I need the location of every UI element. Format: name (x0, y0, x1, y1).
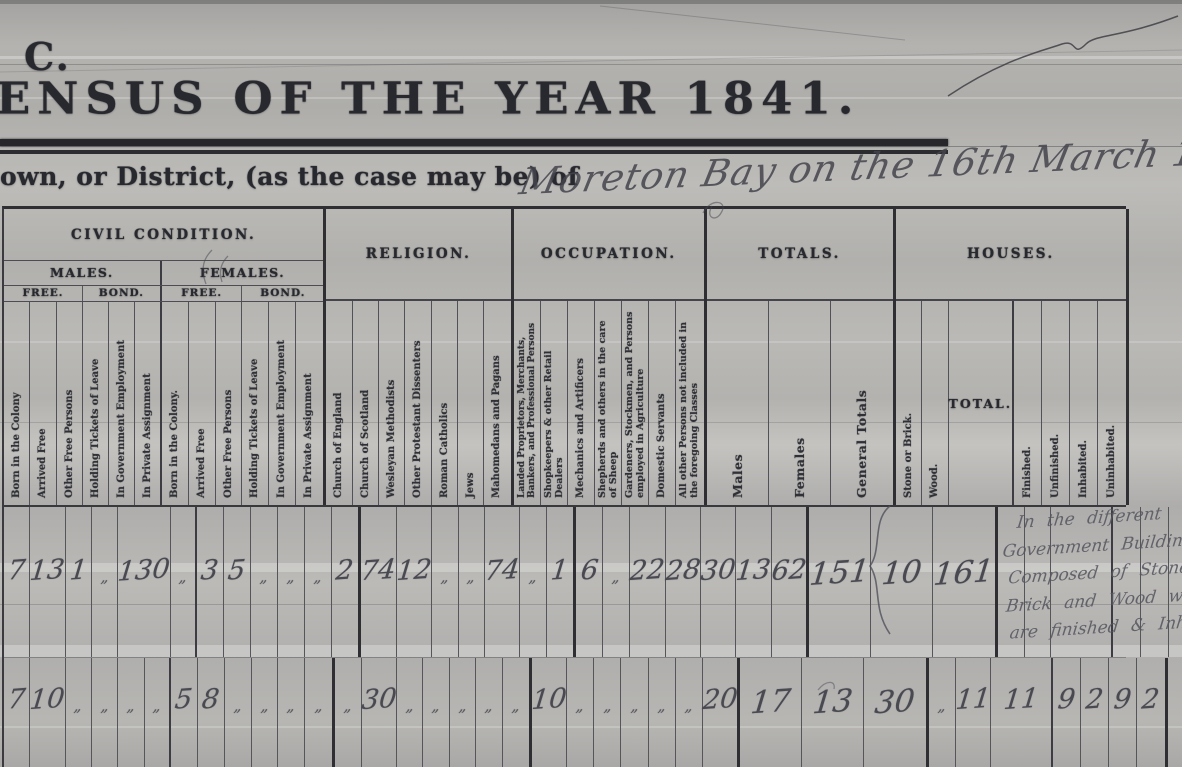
table-cell: „ (225, 658, 252, 767)
table-cell: „ (278, 658, 305, 767)
totals-title: TOTALS. (707, 209, 893, 301)
col-header-females-born-in-colony: Born in the Colony. (162, 302, 189, 505)
females-bond-header: BOND. (242, 286, 323, 301)
col-header-finished: Finished. (1014, 301, 1042, 505)
row2-houses-cells: „ 11 11 9 2 9 2 (929, 658, 1168, 767)
table-cell: „ (423, 658, 449, 767)
table-cell: 10 (871, 507, 933, 657)
row1-houses-cells: In the different Government Buildings Co… (998, 507, 1182, 657)
scan-streak (0, 64, 1182, 65)
col-header-females-other-free: Other Free Persons (216, 302, 243, 505)
table-cell: 22 (630, 507, 665, 657)
section-occupation: OCCUPATION. Landed Proprietors, Merchant… (514, 209, 707, 505)
handwritten-houses-note: In the different Government Buildings Co… (1000, 491, 1182, 648)
table-cell: 13 (736, 507, 771, 657)
form-line-label: own, or District, (as the case may be) o… (0, 162, 579, 191)
table-cell: 20 (703, 658, 737, 767)
table-cell: „ (476, 658, 502, 767)
table-cell: 74 (485, 507, 520, 657)
table-cell: 2 (332, 507, 359, 657)
col-header-total-males: Males (707, 301, 769, 505)
table-cell: „ (520, 507, 546, 657)
table-cell: 12 (397, 507, 432, 657)
table-cell: 7 (4, 658, 30, 767)
table-cell: 8 (198, 658, 225, 767)
scratch-line (0, 50, 1182, 72)
table-cell: „ (335, 658, 361, 767)
occupation-columns: Landed Proprietors, Merchants, Bankers, … (514, 301, 704, 505)
table-row: 7 13 1 „ 130 „ 3 5 „ „ „ 2 74 12 „ „ 74 … (4, 507, 1126, 658)
table-cell: 11 (991, 658, 1053, 767)
table-cell: 151 (809, 507, 871, 657)
col-header-jews: Jews (458, 301, 484, 505)
table-cell: 30 (362, 658, 397, 767)
col-header-mahomedans-pagans: Mahomedans and Pagans (484, 301, 510, 505)
civil-condition-columns: Born in the Colony Arrived Free Other Fr… (4, 302, 323, 505)
table-cell: 5 (224, 507, 251, 657)
males-females-band: MALES. FEMALES. (4, 261, 323, 286)
table-cell: „ (432, 507, 458, 657)
table-cell: „ (603, 507, 630, 657)
col-header-stone-or-brick: Stone or Brick. (896, 301, 923, 505)
occupation-title: OCCUPATION. (514, 209, 704, 301)
col-header-shopkeepers: Shopkeepers & other Retail Dealers (541, 301, 568, 505)
row1-religion-cells: 74 12 „ „ 74 „ 1 (361, 507, 576, 657)
table-cell: „ (118, 658, 144, 767)
col-header-males-private-assignment: In Private Assignment (135, 302, 161, 505)
col-header-shepherds: Shepherds and others in the care of Shee… (595, 301, 622, 505)
col-header-houses-total: TOTAL. (949, 301, 1015, 505)
scan-streak (0, 56, 1182, 59)
table-cell: 13 (30, 507, 65, 657)
table-cell: „ (305, 507, 332, 657)
col-header-females-tickets-of-leave: Holding Tickets of Leave (242, 302, 269, 505)
col-header-males-govt-employment: In Government Employment (109, 302, 135, 505)
table-cell: „ (305, 658, 332, 767)
col-header-church-of-scotland: Church of Scotland (353, 301, 379, 505)
col-header-males-tickets-of-leave: Holding Tickets of Leave (83, 302, 109, 505)
col-header-landed-proprietors: Landed Proprietors, Merchants, Bankers, … (514, 301, 541, 505)
col-header-general-totals: General Totals (831, 301, 893, 505)
table-cell: 9 (1109, 658, 1137, 767)
col-header-gardeners-stockmen: Gardeners, Stockmen, and Persons employe… (622, 301, 649, 505)
table-cell: 74 (361, 507, 396, 657)
table-cell: 62 (772, 507, 806, 657)
table-cell: „ (459, 507, 485, 657)
col-header-church-of-england: Church of England (326, 301, 352, 505)
table-cell: „ (278, 507, 305, 657)
table-cell: 17 (740, 658, 802, 767)
table-cell: 28 (666, 507, 701, 657)
table-cell: 10 (30, 658, 65, 767)
males-free-header: FREE. (4, 286, 83, 301)
table-cell: 11 (956, 658, 991, 767)
females-free-header: FREE. (162, 286, 243, 301)
table-cell: 2 (1137, 658, 1165, 767)
row2-religion-cells: „ 30 „ „ „ „ „ (335, 658, 532, 767)
totals-columns: Males Females General Totals (707, 301, 893, 505)
table-cell: „ (252, 658, 279, 767)
col-header-males-arrived-free: Arrived Free (30, 302, 56, 505)
row1-civil-cells: 7 13 1 „ 130 „ 3 5 „ „ „ 2 (4, 507, 361, 657)
table-cell: 130 (118, 507, 171, 657)
section-civil-condition: CIVIL CONDITION. MALES. FEMALES. FREE. B… (4, 209, 326, 505)
table-cell: „ (567, 658, 594, 767)
col-header-total-females: Females (769, 301, 831, 505)
page-title: ENSUS OF THE YEAR 1841. (0, 73, 860, 125)
table-cell: „ (450, 658, 476, 767)
section-religion: RELIGION. Church of England Church of Sc… (326, 209, 514, 505)
col-header-roman-catholics: Roman Catholics (432, 301, 458, 505)
section-totals: TOTALS. Males Females General Totals (707, 209, 896, 505)
row2-totals-cells: 17 13 30 (740, 658, 929, 767)
col-header-inhabited: Inhabited. (1070, 301, 1098, 505)
table-cell: 30 (864, 658, 926, 767)
col-header-wesleyan-methodists: Wesleyan Methodists (379, 301, 405, 505)
table-cell: „ (676, 658, 703, 767)
col-header-uninhabited: Uninhabited. (1098, 301, 1126, 505)
females-header: FEMALES. (162, 261, 323, 285)
section-houses: HOUSES. Stone or Brick. Wood. TOTAL. Fin… (896, 209, 1130, 505)
table-cell: 9 (1053, 658, 1081, 767)
houses-columns: Stone or Brick. Wood. TOTAL. Finished. U… (896, 301, 1127, 505)
table-cell: „ (66, 658, 92, 767)
table-cell: 161 (933, 507, 995, 657)
table-cell: „ (649, 658, 676, 767)
males-header: MALES. (4, 261, 162, 285)
table-header: CIVIL CONDITION. MALES. FEMALES. FREE. B… (4, 209, 1126, 507)
row1-totals-cells: 151 10 161 (809, 507, 998, 657)
table-cell: „ (251, 507, 278, 657)
col-header-wood: Wood. (922, 301, 949, 505)
table-cell: „ (92, 658, 118, 767)
table-cell: 1 (547, 507, 573, 657)
col-header-females-arrived-free: Arrived Free (189, 302, 216, 505)
free-bond-band: FREE. BOND. FREE. BOND. (4, 286, 323, 302)
table-cell: 5 (171, 658, 198, 767)
col-header-other-protestant-dissenters: Other Protestant Dissenters (405, 301, 431, 505)
table-cell: „ (145, 658, 171, 767)
col-header-mechanics-artificers: Mechanics and Artificers (568, 301, 595, 505)
col-header-males-other-free: Other Free Persons (57, 302, 83, 505)
table-cell: 6 (576, 507, 603, 657)
table-cell: 10 (532, 658, 567, 767)
table-cell: 7 (4, 507, 30, 657)
houses-title: HOUSES. (896, 209, 1127, 301)
table-cell: „ (92, 507, 118, 657)
scratch-line (600, 6, 905, 40)
religion-title: RELIGION. (326, 209, 511, 301)
table-cell: „ (171, 507, 197, 657)
col-header-unfinished: Unfinished. (1042, 301, 1070, 505)
col-header-females-private-assignment: In Private Assignment (296, 302, 323, 505)
row1-occupation-cells: 6 „ 22 28 30 13 62 (576, 507, 809, 657)
table-cell: 30 (701, 507, 736, 657)
table-cell: „ (397, 658, 423, 767)
table-cell: 3 (197, 507, 224, 657)
table-cell: „ (594, 658, 621, 767)
table-cell: „ (621, 658, 648, 767)
religion-columns: Church of England Church of Scotland Wes… (326, 301, 511, 505)
pen-flourish-icon (948, 16, 1178, 96)
col-header-all-other-persons: All other Persons not included in the fo… (676, 301, 703, 505)
table-cell: 13 (802, 658, 864, 767)
table-cell: 2 (1081, 658, 1109, 767)
table-cell: „ (503, 658, 529, 767)
table-cell: 1 (66, 507, 92, 657)
scan-streak (0, 0, 1182, 4)
col-header-males-born-in-colony: Born in the Colony (4, 302, 30, 505)
col-header-domestic-servants: Domestic Servants (649, 301, 676, 505)
census-table: CIVIL CONDITION. MALES. FEMALES. FREE. B… (2, 206, 1126, 767)
row2-civil-cells: 7 10 „ „ „ „ 5 8 „ „ „ „ (4, 658, 335, 767)
civil-condition-title: CIVIL CONDITION. (4, 209, 323, 261)
row2-occupation-cells: 10 „ „ „ „ „ 20 (532, 658, 740, 767)
col-header-females-govt-employment: In Government Employment (269, 302, 296, 505)
table-row: 7 10 „ „ „ „ 5 8 „ „ „ „ „ 30 „ „ „ „ „ (4, 658, 1126, 767)
males-bond-header: BOND. (83, 286, 162, 301)
table-cell: „ (929, 658, 956, 767)
census-document: C. ENSUS OF THE YEAR 1841. own, or Distr… (0, 0, 1182, 767)
